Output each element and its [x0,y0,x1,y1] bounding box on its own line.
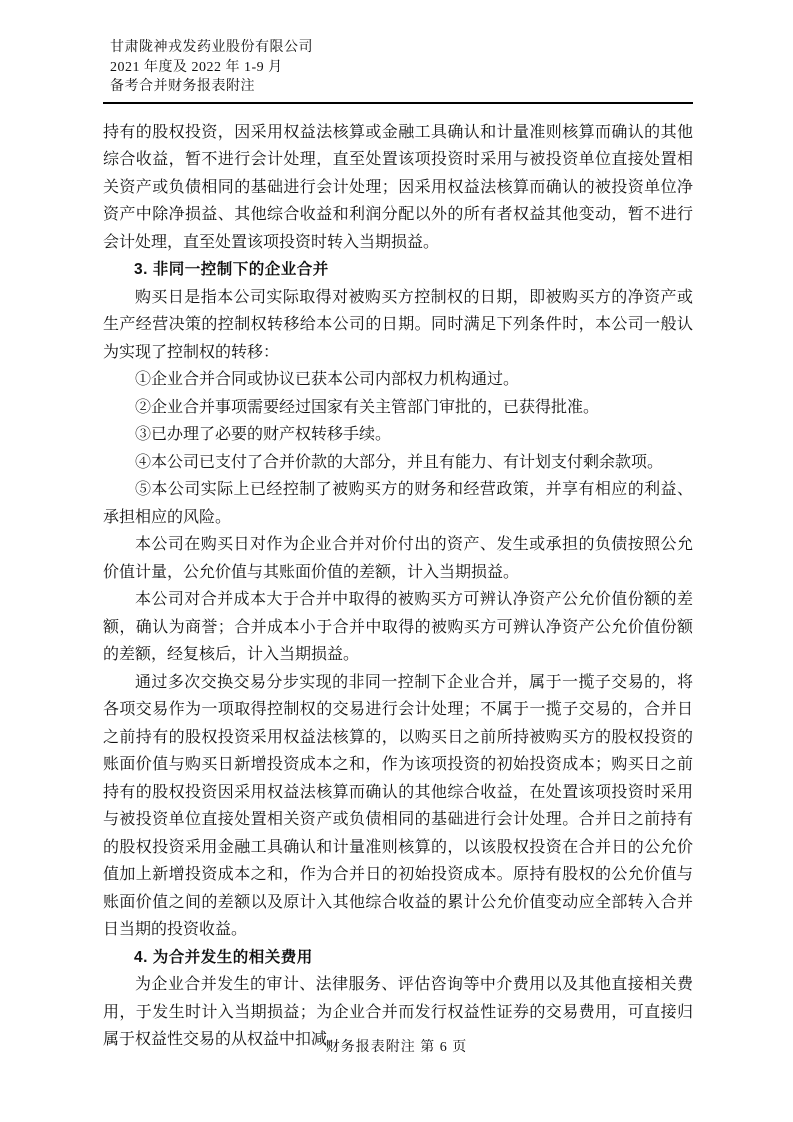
section-heading-4: 4. 为合并发生的相关费用 [103,944,693,972]
page-content: 甘肃陇神戎发药业股份有限公司 2021 年度及 2022 年 1-9 月 备考合… [103,0,693,1054]
list-item-1: ①企业合并合同或协议已获本公司内部权力机构通过。 [103,366,693,394]
paragraph-purchase-date: 购买日是指本公司实际取得对被购买方控制权的日期，即被购买方的净资产或生产经营决策… [103,284,693,367]
report-title: 备考合并财务报表附注 [110,77,693,97]
document-page: 甘肃陇神戎发药业股份有限公司 2021 年度及 2022 年 1-9 月 备考合… [0,0,793,1122]
list-item-5: ⑤本公司实际上已经控制了被购买方的财务和经营政策，并享有相应的利益、承担相应的风… [103,476,693,531]
body-text: 持有的股权投资，因采用权益法核算或金融工具确认和计量准则核算而确认的其他综合收益… [103,119,693,1054]
footer-page-label: 财务报表附注 第 6 页 [326,1040,468,1055]
paragraph-step-acquisition: 通过多次交换交易分步实现的非同一控制下企业合并，属于一揽子交易的，将各项交易作为… [103,669,693,944]
paragraph-fair-value: 本公司在购买日对作为企业合并对价付出的资产、发生或承担的负债按照公允价值计量，公… [103,531,693,586]
list-item-4: ④本公司已支付了合并价款的大部分，并且有能力、有计划支付剩余款项。 [103,449,693,477]
paragraph-continuation: 持有的股权投资，因采用权益法核算或金融工具确认和计量准则核算而确认的其他综合收益… [103,119,693,257]
list-item-2: ②企业合并事项需要经过国家有关主管部门审批的，已获得批准。 [103,394,693,422]
list-item-3: ③已办理了必要的财产权转移手续。 [103,421,693,449]
section-heading-3: 3. 非同一控制下的企业合并 [103,256,693,284]
page-footer: 财务报表附注 第 6 页 [0,1036,793,1056]
report-period: 2021 年度及 2022 年 1-9 月 [110,58,693,78]
paragraph-goodwill: 本公司对合并成本大于合并中取得的被购买方可辨认净资产公允价值份额的差额，确认为商… [103,586,693,669]
page-header: 甘肃陇神戎发药业股份有限公司 2021 年度及 2022 年 1-9 月 备考合… [103,38,693,104]
company-name: 甘肃陇神戎发药业股份有限公司 [110,38,693,58]
